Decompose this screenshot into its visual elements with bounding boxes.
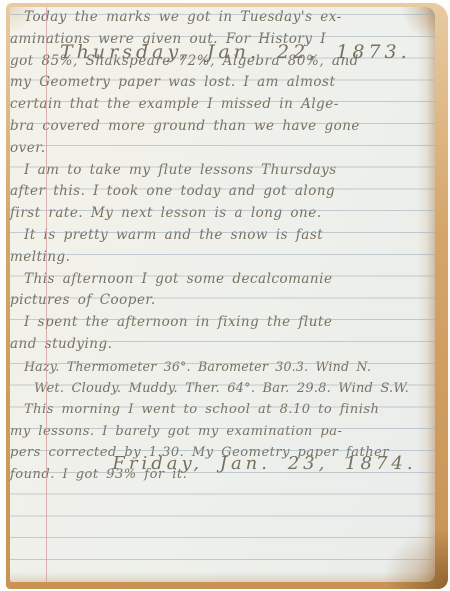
entry-date-heading: Friday, Jan. 23, 1874. <box>92 453 437 474</box>
ruled-lines <box>10 14 435 580</box>
entry-date-heading: Thursday, Jan. 22, 1873. <box>60 41 405 63</box>
margin-line <box>46 7 47 582</box>
journal-page: Thursday, Jan. 22, 1873. Today the marks… <box>10 7 435 582</box>
